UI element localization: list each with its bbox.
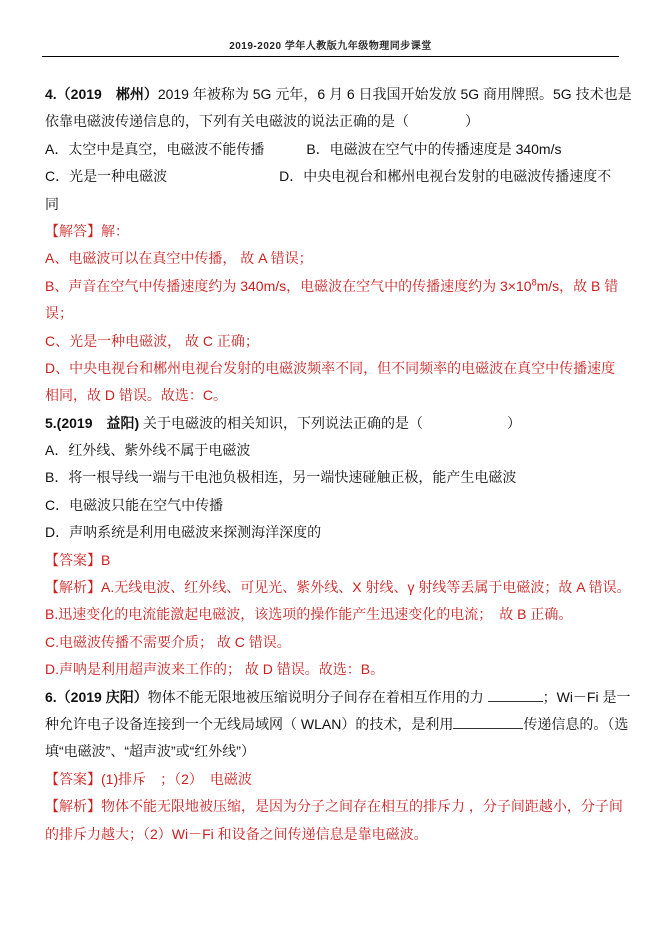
q5-analysis-c: C.电磁波传播不需要介质； 故 C 错误。 bbox=[45, 629, 623, 656]
q4-options-ab: A．太空中是真空，电磁波不能传播 B．电磁波在空气中的传播速度是 340m/s bbox=[45, 136, 623, 163]
q5-analysis-a: 【解析】A.无线电波、红外线、可见光、紫外线、X 射线、γ 射线等丢属于电磁波；… bbox=[45, 574, 623, 601]
text-segment: A．太空中是真空，电磁波不能传播 B．电磁波在空气中的传播速度是 340m/s bbox=[45, 141, 561, 157]
text-segment: 【答案】(1)排斥 ；（2） 电磁波 bbox=[45, 771, 252, 787]
q4-options-cd: C．光是一种电磁波 D．中央电视台和郴州电视台发射的电磁波传播速度不 bbox=[45, 163, 623, 190]
q5-analysis-b: B.迅速变化的电流能激起电磁波，该选项的操作能产生迅速变化的电流； 故 B 正确… bbox=[45, 601, 623, 628]
text-segment: 【解析】A.无线电波、红外线、可见光、紫外线、X 射线、γ 射线等丢属于电磁波；… bbox=[45, 579, 631, 595]
text-segment: 5.(2019 益阳) bbox=[45, 415, 139, 431]
q4-analysis-b-line1: B、声音在空气中传播速度约为 340m/s，电磁波在空气中的传播速度约为 3×1… bbox=[45, 273, 623, 300]
text-segment: D、中央电视台和郴州电视台发射的电磁波频率不同，但不同频率的电磁波在真空中传播速… bbox=[45, 360, 615, 376]
q4-analysis-d-line2: 相同，故 D 错误。故选：C。 bbox=[45, 382, 623, 409]
text-segment: C、光是一种电磁波， 故 C 正确； bbox=[45, 333, 259, 349]
text-segment: 关于电磁波的相关知识，下列说法正确的是（ ） bbox=[139, 415, 521, 431]
q4-options-cd-cont: 同 bbox=[45, 191, 623, 218]
q6-stem-line1: 6.（2019 庆阳）物体不能无限地被压缩说明分子间存在着相互作用的力 ；Wi－… bbox=[45, 684, 623, 711]
q5-stem: 5.(2019 益阳) 关于电磁波的相关知识，下列说法正确的是（ ） bbox=[45, 410, 623, 437]
q5-analysis-d: D.声呐是利用超声波来工作的； 故 D 错误。故选：B。 bbox=[45, 656, 623, 683]
document-content: 4.（2019 郴州）2019 年被称为 5G 元年，6 月 6 日我国开始发放… bbox=[45, 81, 623, 848]
q6-analysis-line1: 【解析】物体不能无限地被压缩，是因为分子之间存在相互的排斥力 ，分子间距越小，分… bbox=[45, 793, 623, 820]
text-segment: 6.（2019 庆阳） bbox=[45, 689, 148, 705]
text-segment: 的排斥力越大；（2）Wi－Fi 和设备之间传递信息是靠电磁波。 bbox=[45, 826, 428, 842]
q5-option-a: A．红外线、紫外线不属于电磁波 bbox=[45, 437, 623, 464]
q5-option-c: C．电磁波只能在空气中传播 bbox=[45, 492, 623, 519]
q4-analysis-a: A、电磁波可以在真空中传播， 故 A 错误； bbox=[45, 245, 623, 272]
text-segment: 物体不能无限地被压缩说明分子间存在着相互作用的力 bbox=[148, 689, 488, 705]
q6-stem-line3: 填“电磁波”、“超声波”或“红外线”） bbox=[45, 738, 623, 765]
text-segment: A．红外线、紫外线不属于电磁波 bbox=[45, 442, 250, 458]
q5-option-d: D．声呐系统是利用电磁波来探测海洋深度的 bbox=[45, 519, 623, 546]
text-segment: m/s，故 B 错 bbox=[537, 278, 619, 294]
answer-blank bbox=[453, 715, 523, 729]
q5-option-b: B．将一根导线一端与干电池负极相连，另一端快速碰触正极，能产生电磁波 bbox=[45, 464, 623, 491]
q6-analysis-line2: 的排斥力越大；（2）Wi－Fi 和设备之间传递信息是靠电磁波。 bbox=[45, 821, 623, 848]
text-segment: B、声音在空气中传播速度约为 340m/s，电磁波在空气中的传播速度约为 3×1… bbox=[45, 278, 532, 294]
text-segment: B.迅速变化的电流能激起电磁波，该选项的操作能产生迅速变化的电流； 故 B 正确… bbox=[45, 606, 572, 622]
text-segment: 填“电磁波”、“超声波”或“红外线”） bbox=[45, 743, 255, 759]
q4-analysis-d-line1: D、中央电视台和郴州电视台发射的电磁波频率不同，但不同频率的电磁波在真空中传播速… bbox=[45, 355, 623, 382]
text-segment: 依靠电磁波传递信息的，下列有关电磁波的说法正确的是（ ） bbox=[45, 113, 479, 129]
text-segment: 种允许电子设备连接到一个无线局域网（ WLAN）的技术，是利用 bbox=[45, 716, 453, 732]
text-segment: 【解析】物体不能无限地被压缩，是因为分子之间存在相互的排斥力 ，分子间距越小，分… bbox=[45, 798, 623, 814]
q4-answer-label: 【解答】解： bbox=[45, 218, 623, 245]
text-segment: D．声呐系统是利用电磁波来探测海洋深度的 bbox=[45, 524, 321, 540]
text-segment: C．光是一种电磁波 D．中央电视台和郴州电视台发射的电磁波传播速度不 bbox=[45, 168, 611, 184]
text-segment: D.声呐是利用超声波来工作的； 故 D 错误。故选：B。 bbox=[45, 661, 384, 677]
text-segment: ；Wi－Fi 是一 bbox=[543, 689, 631, 705]
page-header: 2019-2020 学年人教版九年级物理同步课堂 bbox=[42, 0, 619, 57]
text-segment: 2019 年被称为 5G 元年，6 月 6 日我国开始发放 5G 商用牌照。5G… bbox=[158, 86, 632, 102]
text-segment: 相同，故 D 错误。故选：C。 bbox=[45, 387, 227, 403]
worksheet-page: 2019-2020 学年人教版九年级物理同步课堂 4.（2019 郴州）2019… bbox=[0, 0, 661, 935]
text-segment: C.电磁波传播不需要介质； 故 C 错误。 bbox=[45, 634, 291, 650]
answer-blank bbox=[488, 687, 543, 701]
text-segment: 传递信息的。（选 bbox=[523, 716, 628, 732]
text-segment: B．将一根导线一端与干电池负极相连，另一端快速碰触正极，能产生电磁波 bbox=[45, 469, 516, 485]
text-segment: 【解答】解： bbox=[45, 223, 129, 239]
text-segment: A、电磁波可以在真空中传播， 故 A 错误； bbox=[45, 250, 313, 266]
q4-analysis-b-line2: 误； bbox=[45, 300, 623, 327]
header-title: 2019-2020 学年人教版九年级物理同步课堂 bbox=[42, 40, 619, 53]
q4-stem-line1: 4.（2019 郴州）2019 年被称为 5G 元年，6 月 6 日我国开始发放… bbox=[45, 81, 623, 108]
text-segment: 4.（2019 郴州） bbox=[45, 86, 158, 102]
q6-answer: 【答案】(1)排斥 ；（2） 电磁波 bbox=[45, 766, 623, 793]
text-segment: C．电磁波只能在空气中传播 bbox=[45, 497, 223, 513]
q5-answer: 【答案】B bbox=[45, 547, 623, 574]
text-segment: 【答案】B bbox=[45, 552, 110, 568]
q6-stem-line2: 种允许电子设备连接到一个无线局域网（ WLAN）的技术，是利用传递信息的。（选 bbox=[45, 711, 623, 738]
text-segment: 同 bbox=[45, 196, 59, 212]
q4-stem-line2: 依靠电磁波传递信息的，下列有关电磁波的说法正确的是（ ） bbox=[45, 108, 623, 135]
text-segment: 误； bbox=[45, 305, 73, 321]
q4-analysis-c: C、光是一种电磁波， 故 C 正确； bbox=[45, 328, 623, 355]
